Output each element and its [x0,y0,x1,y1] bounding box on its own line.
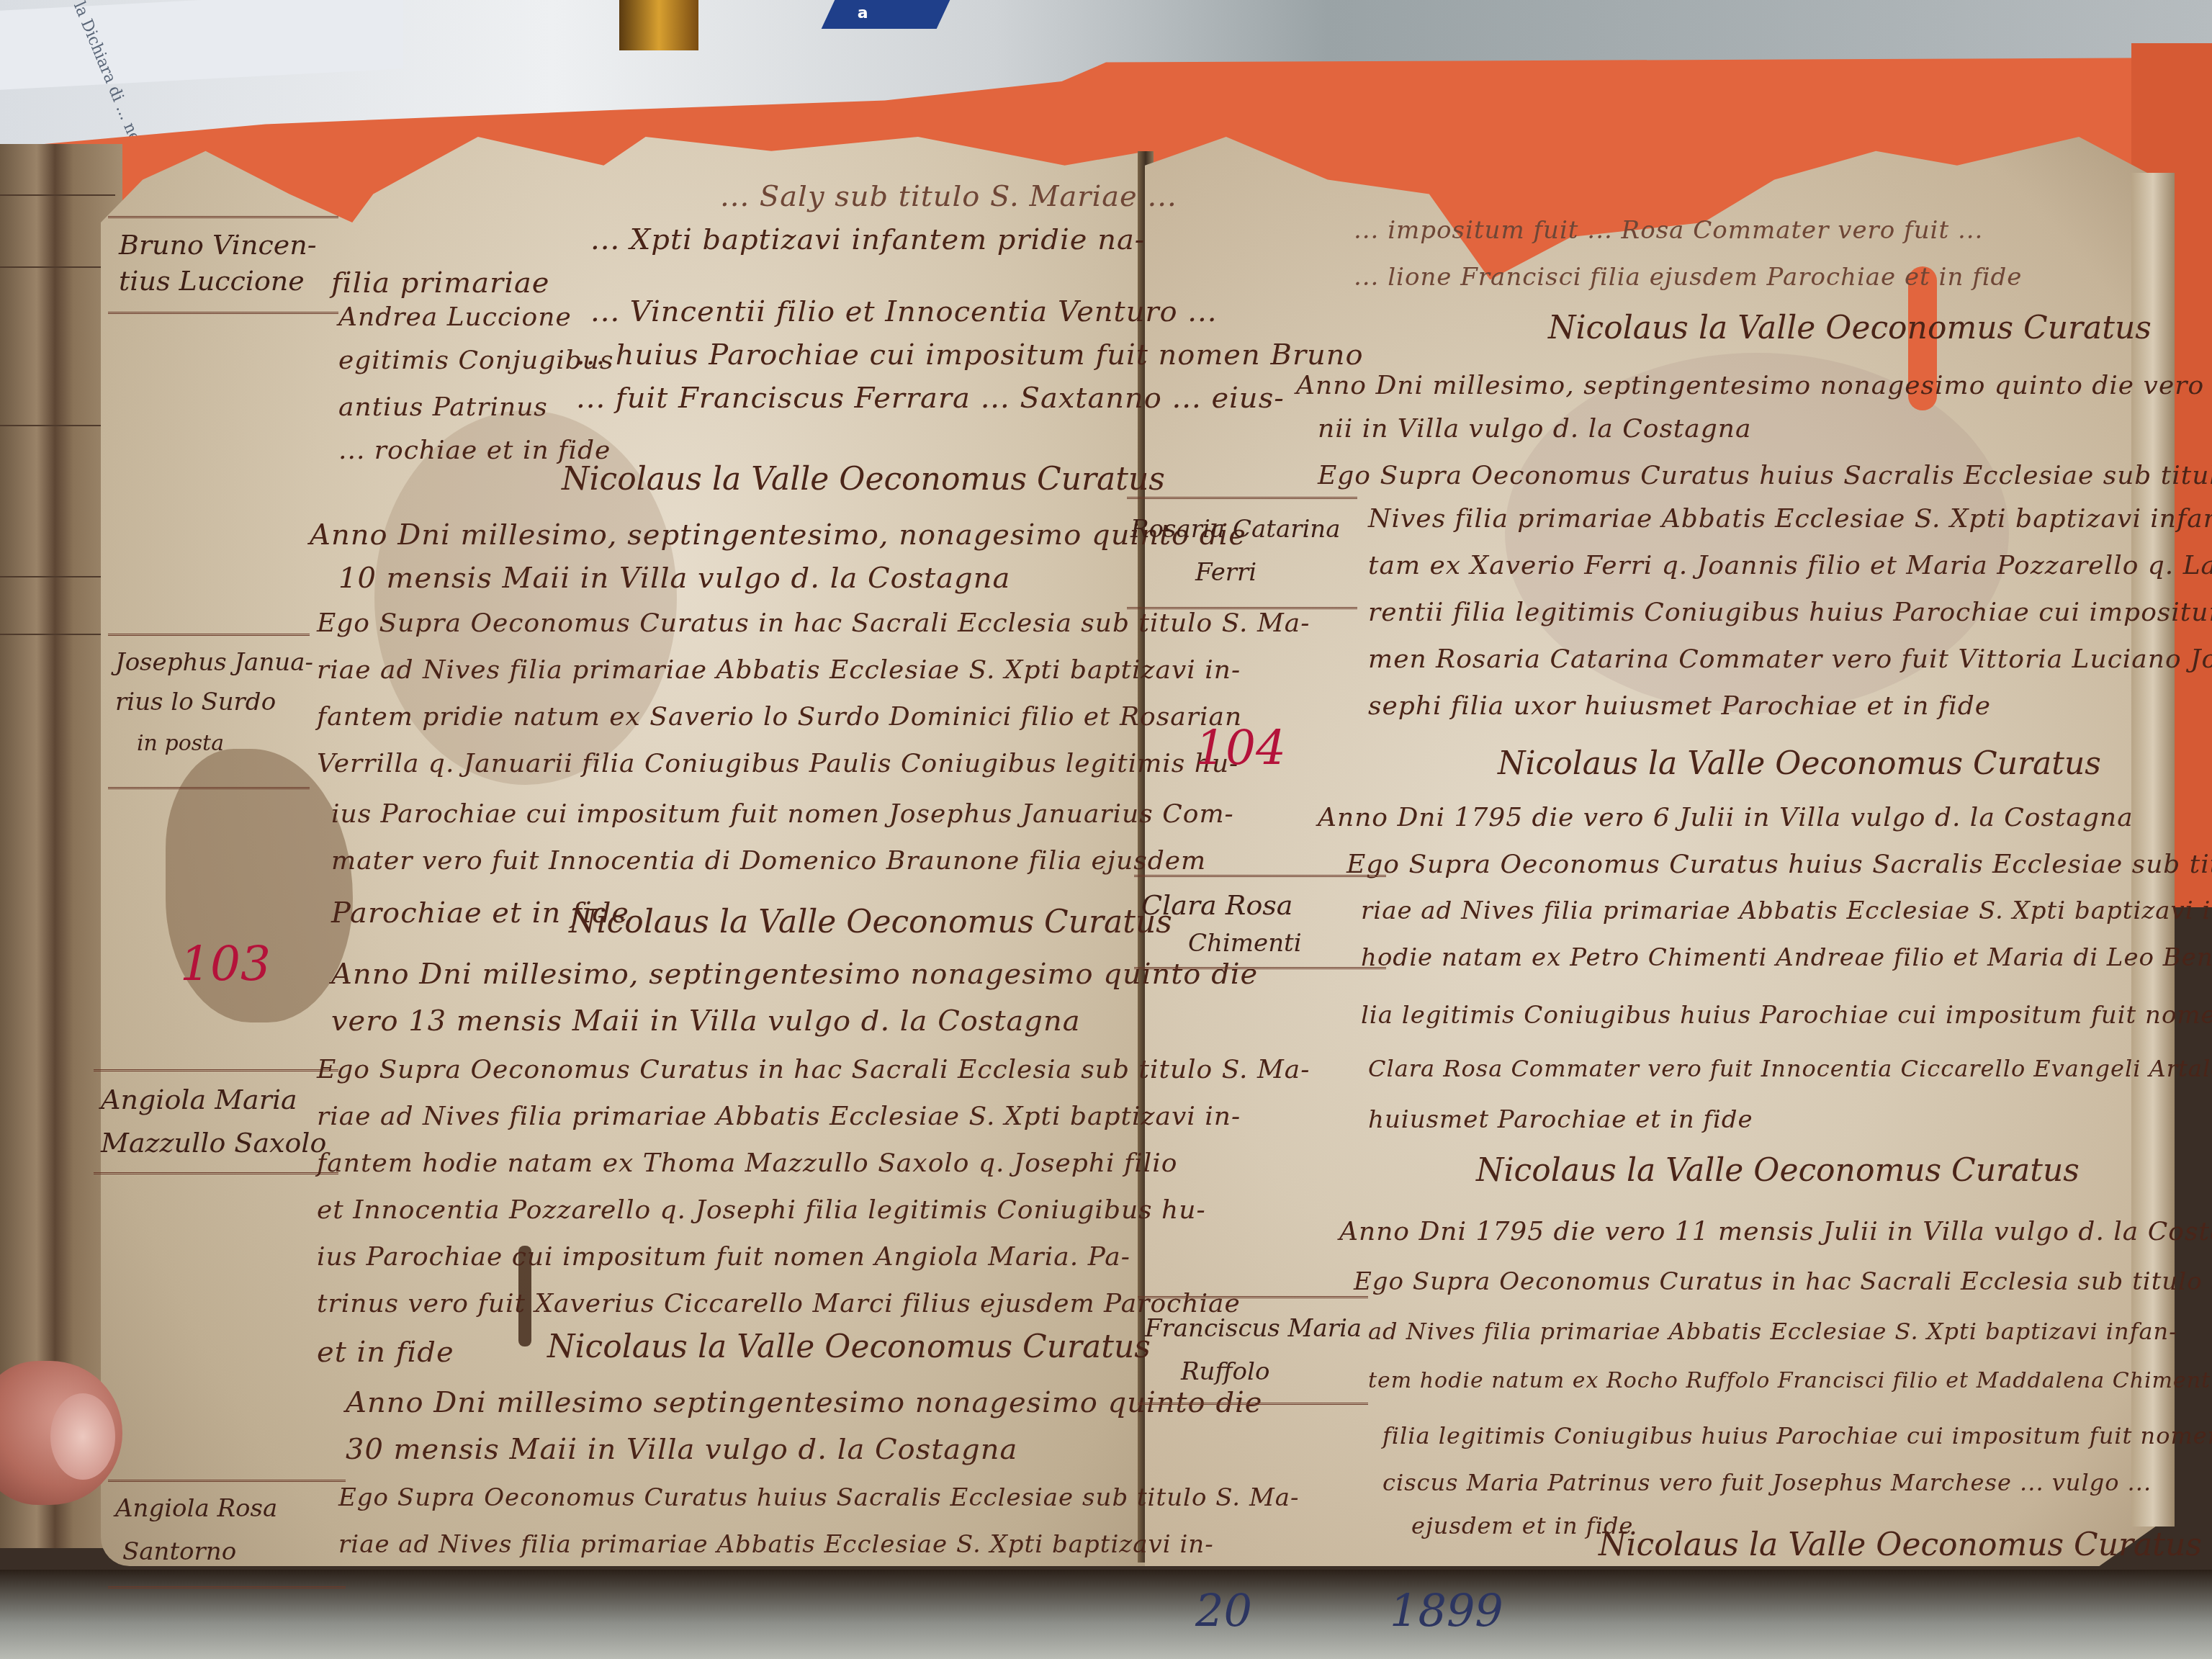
text-line: 30 mensis Maii in Villa vulgo d. la Cost… [346,1433,1017,1466]
margin-name: Mazzullo Saxolo [101,1127,326,1159]
priest-signature: Nicolaus la Valle Oeconomus Curatus [1599,1527,2202,1563]
text-line: rentii filia legitimis Coniugibus huius … [1368,598,2212,627]
text-line: fantem hodie natam ex Thoma Mazzullo Sax… [317,1148,1177,1178]
text-line: Anno Dni millesimo, septingentesimo nona… [1296,371,2212,400]
text-line: ciscus Maria Patrinus vero fuit Josephus… [1382,1469,2152,1496]
text-line: et Innocentia Pozzarello q. Josephi fili… [317,1195,1206,1225]
text-line: Anno Dni 1795 die vero 6 Julii in Villa … [1318,803,2134,832]
text-line: vero 13 mensis Maii in Villa vulgo d. la… [331,1004,1081,1038]
text-line: mater vero fuit Innocentia di Domenico B… [331,846,1206,876]
text-line: antius Patrinus [338,392,548,422]
margin-name: Clara Rosa [1141,889,1292,921]
text-line: Ego Supra Oeconomus Curatus in hac Sacra… [317,1055,1310,1084]
text-line: Ego Supra Oeconomus Curatus in hac Sacra… [1354,1267,2212,1296]
text-line: egitimis Conjugibus [338,346,613,375]
margin-name: Angiola Maria [101,1084,297,1115]
margin-name: in posta [137,731,224,756]
margin-name: Josephus Janua- [115,648,313,677]
text-line: Anno Dni 1795 die vero 11 mensis Julii i… [1339,1217,2212,1246]
text-line: Andrea Luccione [338,302,572,332]
text-line: filia primariae [331,266,549,300]
background-gold-object [619,0,698,50]
priest-signature: Nicolaus la Valle Oeconomus Curatus [1548,310,2152,346]
margin-box [1138,1296,1368,1405]
text-line: ius Parochiae cui impositum fuit nomen A… [317,1242,1130,1272]
margin-name: rius lo Surdo [115,688,276,716]
text-line: Nives filia primariae Abbatis Ecclesiae … [1368,504,2212,534]
margin-name: Bruno Vincen- [119,229,316,261]
text-line: huiusmet Parochiae et in fide [1368,1105,1753,1134]
text-line: ... huius Parochiae cui impositum fuit n… [576,338,1364,372]
text-line: nii in Villa vulgo d. la Costagna [1318,414,1751,444]
text-line: Anno Dni millesimo septingentesimo nonag… [346,1386,1262,1419]
text-line: fantem pridie natum ex Saverio lo Surdo … [317,702,1242,732]
text-line: ... Xpti baptizavi infantem pridie na- [590,223,1145,256]
pencil-mark-20: 20 [1195,1584,1252,1637]
text-line: Anno Dni millesimo, septingentesimo nona… [331,958,1258,991]
text-line: trinus vero fuit Xaverius Ciccarello Mar… [317,1289,1241,1318]
text-line: riae ad Nives filia primariae Abbatis Ec… [1361,896,2212,925]
text-line: Ego Supra Oeconomus Curatus huius Sacral… [338,1483,1299,1512]
text-line: Ego Supra Oeconomus Curatus huius Sacral… [1346,850,2212,879]
margin-name: Franciscus Maria [1145,1314,1362,1343]
margin-name: Rosaria Catarina [1130,515,1341,544]
text-line: Clara Rosa Commater vero fuit Innocentia… [1368,1055,2212,1082]
text-line: ad Nives filia primariae Abbatis Ecclesi… [1368,1318,2177,1345]
text-line: Verrilla q. Januarii filia Coniugibus Pa… [317,749,1238,778]
text-line: 10 mensis Maii in Villa vulgo d. la Cost… [338,562,1010,595]
priest-signature: Nicolaus la Valle Oeconomus Curatus [562,461,1165,498]
text-line: sephi filia uxor huiusmet Parochiae et i… [1368,691,1991,721]
margin-name: Ferri [1195,558,1256,587]
pencil-mark-1899: 1899 [1390,1584,1503,1637]
text-line: Anno Dni millesimo, septingentesimo, non… [310,518,1246,552]
text-line: Ego Supra Oeconomus Curatus huius Sacral… [1318,461,2212,490]
text-line: ... lione Francisci filia ejusdem Paroch… [1354,263,2022,292]
text-line: ... Saly sub titulo S. Mariae ... [720,180,1177,213]
margin-name: Santorno [122,1537,236,1566]
text-line: tem hodie natum ex Rocho Ruffolo Francis… [1368,1368,2212,1393]
text-line: riae ad Nives filia primariae Abbatis Ec… [317,1102,1241,1131]
margin-name: Chimenti [1188,929,1302,958]
margin-name: tius Luccione [119,265,305,297]
text-line: et in fide [317,1336,454,1369]
margin-name: Ruffolo [1181,1357,1269,1386]
priest-signature: Nicolaus la Valle Oeconomus Curatus [569,904,1172,940]
text-line: men Rosaria Catarina Commater vero fuit … [1368,644,2212,674]
priest-signature: Nicolaus la Valle Oeconomus Curatus [1498,745,2101,782]
text-line: hodie natam ex Petro Chimenti Andreae fi… [1361,943,2212,972]
thumbnail [50,1393,115,1480]
priest-signature: Nicolaus la Valle Oeconomus Curatus [1476,1152,2080,1189]
folio-number-104: 104 [1195,720,1286,775]
text-line: riae ad Nives filia primariae Abbatis Ec… [338,1530,1214,1559]
text-line: ... fuit Franciscus Ferrara ... Saxtanno… [576,382,1285,415]
text-line: ... impositum fuit ... Rosa Commater ver… [1354,216,1983,245]
text-line: ius Parochiae cui impositum fuit nomen J… [331,799,1234,829]
text-line: filia legitimis Coniugibus huius Parochi… [1382,1422,2212,1449]
folio-number-103: 103 [180,936,271,992]
text-line: tam ex Xaverio Ferri q. Joannis filio et… [1368,551,2212,580]
text-line: riae ad Nives filia primariae Abbatis Ec… [317,655,1241,685]
priest-signature: Nicolaus la Valle Oeconomus Curatus [547,1328,1151,1365]
text-line: Ego Supra Oeconomus Curatus in hac Sacra… [317,608,1310,638]
text-line: lia legitimis Coniugibus huius Parochiae… [1361,1001,2212,1030]
background-blue-label: a [822,0,950,29]
margin-name: Angiola Rosa [115,1494,277,1523]
margin-box [1127,497,1357,609]
text-line: ... Vincentii filio et Innocentia Ventur… [590,295,1217,328]
